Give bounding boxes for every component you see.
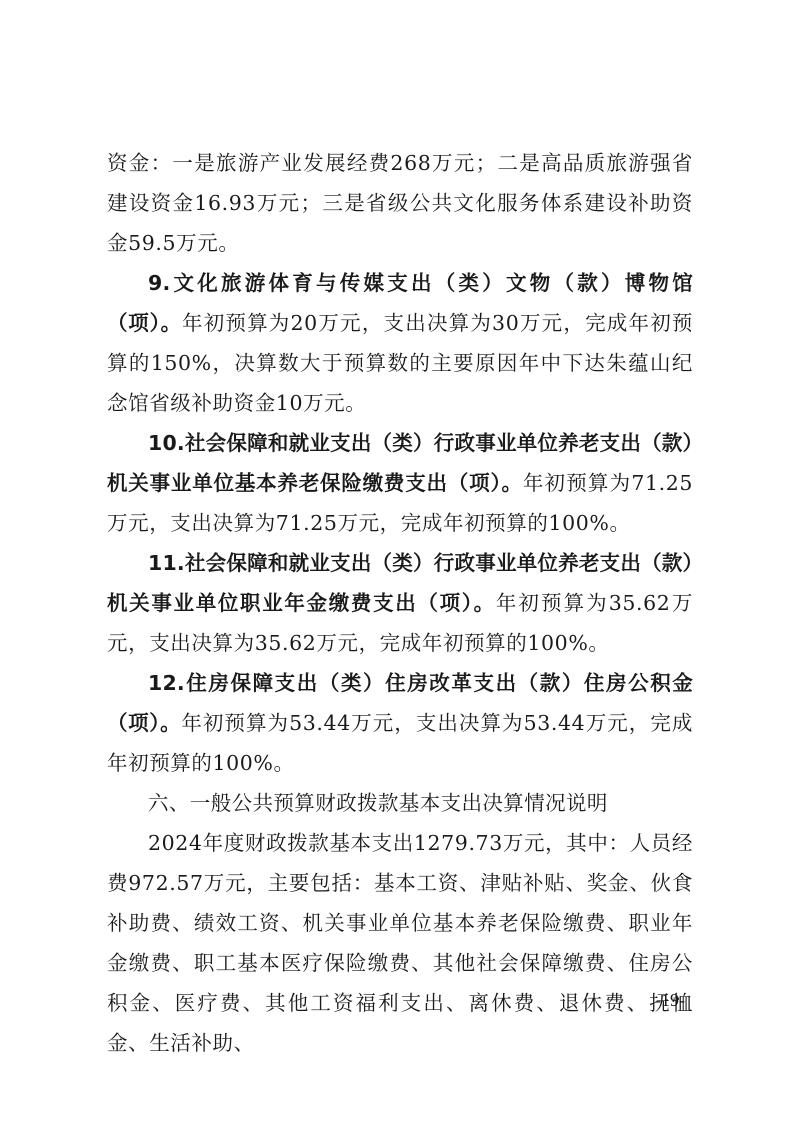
paragraph-item-9: 9.文化旅游体育与传媒支出（类）文物（款）博物馆（项）。年初预算为20万元，支出…	[107, 263, 693, 423]
section-heading: 六、一般公共预算财政拨款基本支出决算情况说明	[148, 791, 608, 815]
paragraph-section-6-body: 2024年度财政拨款基本支出1279.73万元，其中：人员经费972.57万元，…	[107, 823, 693, 1063]
section-6-title: 六、一般公共预算财政拨款基本支出决算情况说明	[107, 783, 693, 823]
document-page: 资金：一是旅游产业发展经费268万元；二是高品质旅游强省建设资金16.93万元；…	[107, 143, 693, 1063]
paragraph-text: 2024年度财政拨款基本支出1279.73万元，其中：人员经费972.57万元，…	[107, 831, 693, 1055]
paragraph-text: 资金：一是旅游产业发展经费268万元；二是高品质旅游强省建设资金16.93万元；…	[107, 151, 693, 255]
paragraph-text: 年初预算为53.44万元，支出决算为53.44万元，完成年初预算的100%。	[107, 711, 693, 775]
page-number: -19-	[655, 990, 685, 1011]
paragraph-item-11: 11.社会保障和就业支出（类）行政事业单位养老支出（款）机关事业单位职业年金缴费…	[107, 543, 693, 663]
paragraph-funds-continued: 资金：一是旅游产业发展经费268万元；二是高品质旅游强省建设资金16.93万元；…	[107, 143, 693, 263]
paragraph-item-10: 10.社会保障和就业支出（类）行政事业单位养老支出（款）机关事业单位基本养老保险…	[107, 423, 693, 543]
paragraph-item-12: 12.住房保障支出（类）住房改革支出（款）住房公积金（项）。年初预算为53.44…	[107, 663, 693, 783]
paragraph-text: 年初预算为20万元，支出决算为30万元，完成年初预算的150%，决算数大于预算数…	[107, 311, 693, 415]
